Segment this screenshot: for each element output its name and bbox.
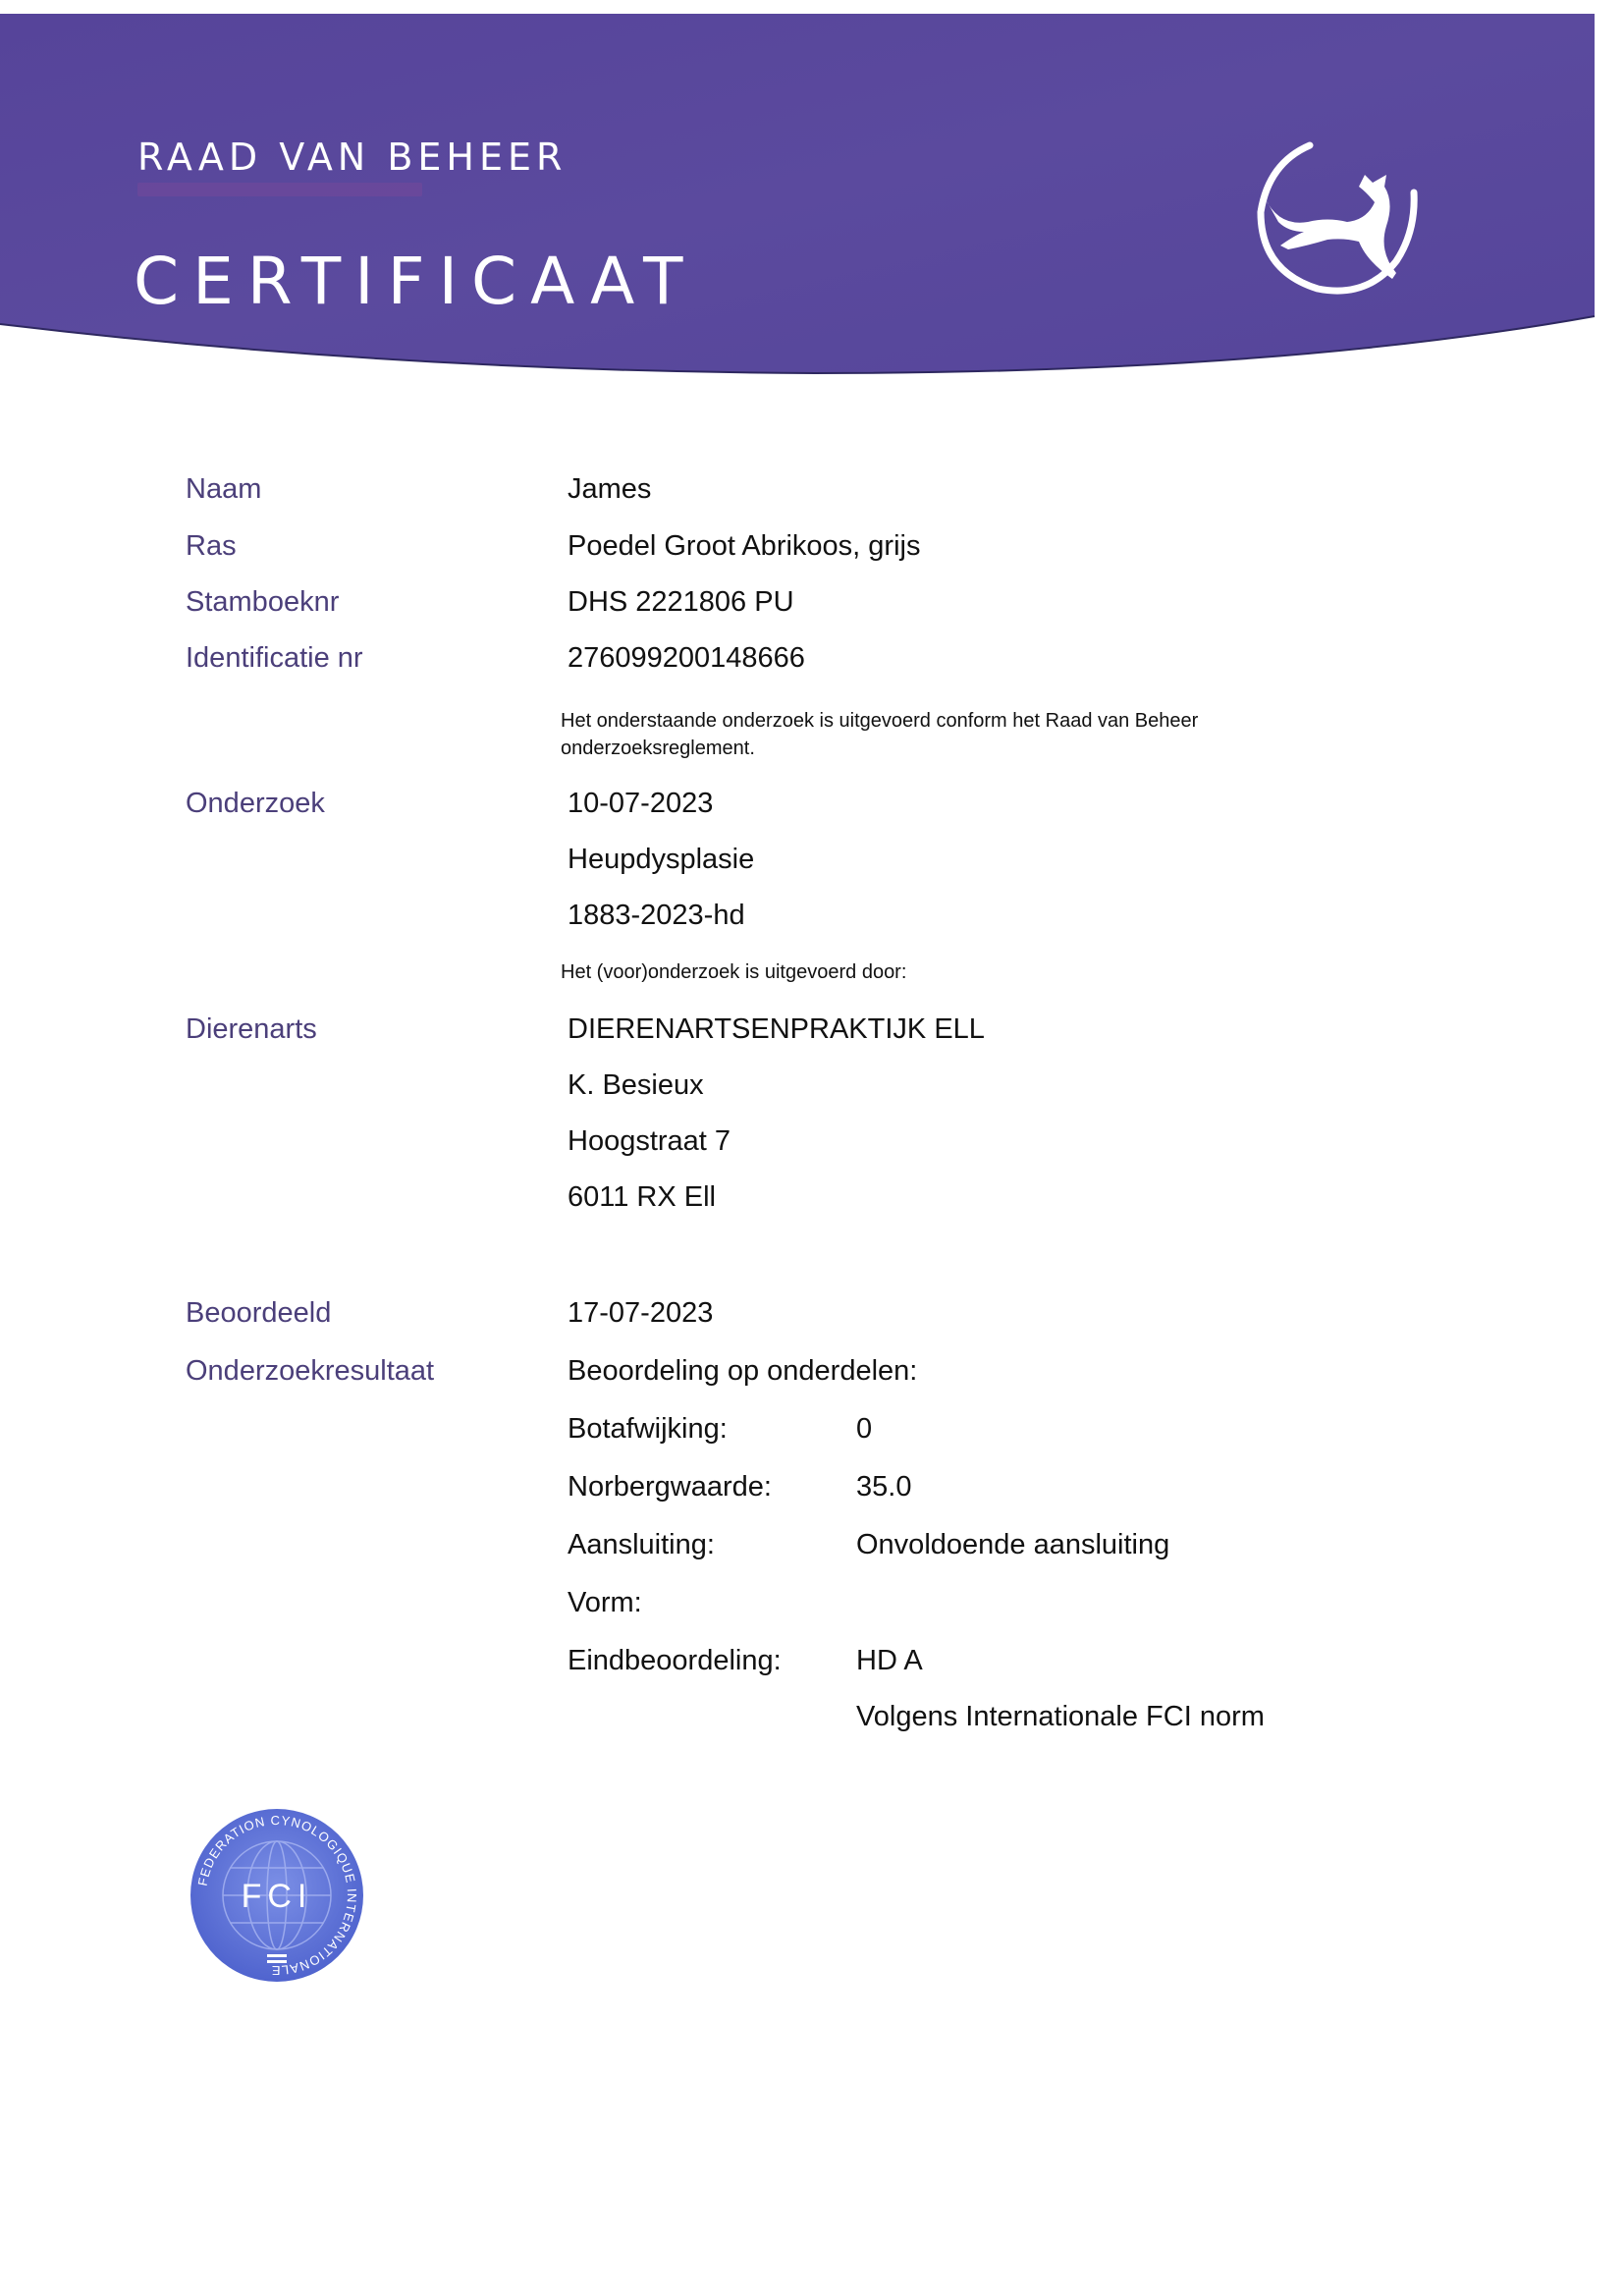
item-value-norberg: 35.0 (856, 1471, 911, 1503)
veterinarian-practice: DIERENARTSENPRAKTIJK ELL (568, 1013, 985, 1046)
breed-label: Ras (186, 530, 237, 563)
dog-name: James (568, 473, 651, 506)
item-label-shape: Vorm: (568, 1587, 642, 1619)
veterinarian-city: 6011 RX Ell (568, 1181, 716, 1214)
identification-number: 276099200148666 (568, 642, 805, 675)
veterinarian-name: K. Besieux (568, 1069, 704, 1102)
examination-reference: 1883-2023-hd (568, 900, 745, 932)
item-value-final-grade: HD A (856, 1645, 923, 1677)
examination-label: Onderzoek (186, 788, 325, 820)
veterinarian-label: Dierenarts (186, 1013, 317, 1046)
item-label-congruence: Aansluiting: (568, 1529, 715, 1561)
dog-breed: Poedel Groot Abrikoos, grijs (568, 530, 920, 563)
conformity-note: Het onderstaande onderzoek is uitgevoerd… (561, 707, 1287, 762)
organization-tagline (137, 183, 422, 196)
item-label-norberg: Norbergwaarde: (568, 1471, 772, 1503)
result-heading: Beoordeling op onderdelen: (568, 1355, 917, 1388)
performed-by-note: Het (voor)onderzoek is uitgevoerd door: (561, 958, 906, 986)
header-banner: RAAD VAN BEHEER CERTIFICAAT (0, 0, 1624, 393)
item-value-bone-deviation: 0 (856, 1413, 872, 1446)
norm-note: Volgens Internationale FCI norm (856, 1701, 1265, 1733)
veterinarian-street: Hoogstraat 7 (568, 1125, 731, 1158)
organization-name: RAAD VAN BEHEER (137, 136, 567, 179)
item-label-final-grade: Eindbeoordeling: (568, 1645, 782, 1677)
identification-label: Identificatie nr (186, 642, 363, 675)
registration-label: Stamboeknr (186, 586, 339, 619)
name-label: Naam (186, 473, 261, 506)
examination-date: 10-07-2023 (568, 788, 713, 820)
assessed-label: Beoordeeld (186, 1297, 331, 1330)
examination-type: Heupdysplasie (568, 844, 754, 876)
svg-text:FCI: FCI (242, 1878, 313, 1915)
document-title: CERTIFICAAT (134, 244, 696, 319)
result-label: Onderzoekresultaat (186, 1355, 434, 1388)
assessed-date: 17-07-2023 (568, 1297, 713, 1330)
item-value-congruence: Onvoldoende aansluiting (856, 1529, 1169, 1561)
fci-seal-icon: FEDERATION CYNOLOGIQUE INTERNATIONALE FC… (189, 1807, 365, 1984)
leaping-dog-in-ring-icon (1249, 124, 1445, 301)
registration-number: DHS 2221806 PU (568, 586, 794, 619)
item-label-bone-deviation: Botafwijking: (568, 1413, 728, 1446)
